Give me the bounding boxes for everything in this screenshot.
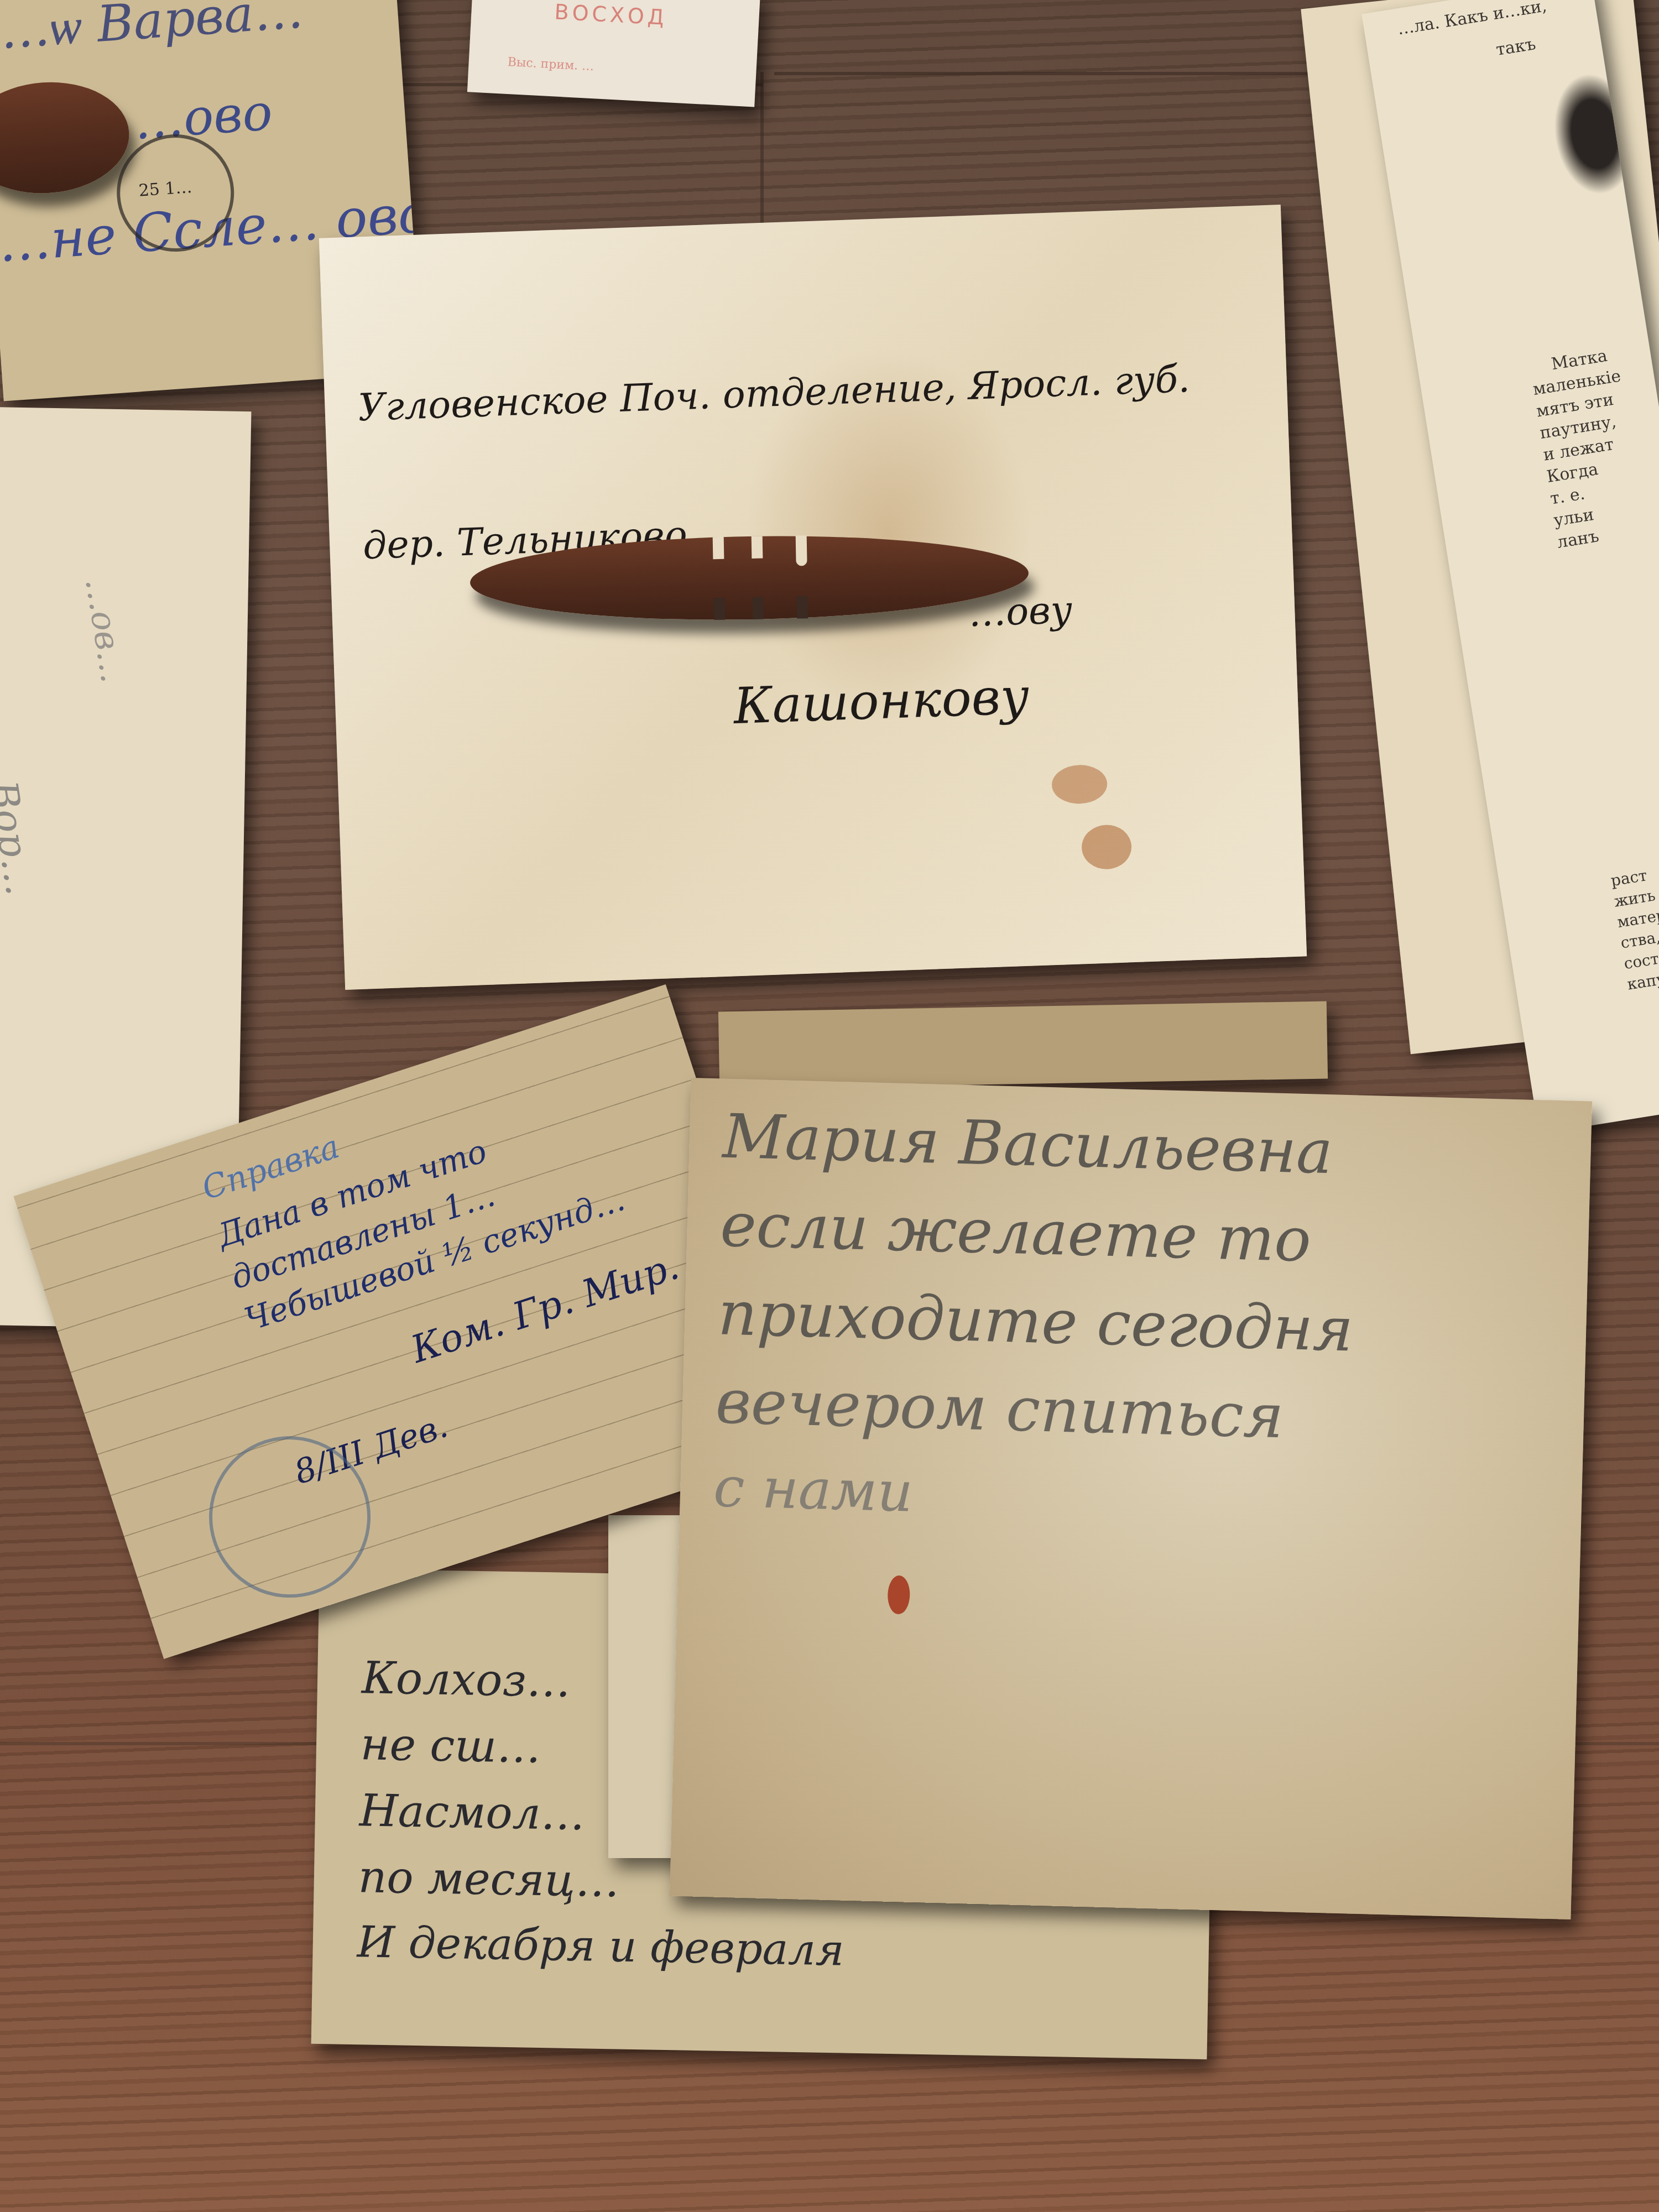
note-line: с нами	[713, 1454, 914, 1524]
label-footer: Выс. прим. …	[507, 55, 594, 74]
top-center-label: ВОСХОД Выс. прим. …	[467, 0, 760, 107]
note-line: не сш…	[360, 1718, 541, 1773]
vertical-slip	[608, 1515, 680, 1858]
page-main-column: Матка маленькіе мятъ эти паутину, и лежа…	[1528, 343, 1647, 554]
key-notch	[753, 597, 764, 619]
faded-handwriting: …ов…	[77, 575, 132, 686]
note-line: Мария Васильевна	[722, 1100, 1333, 1187]
red-ink-spot	[887, 1575, 910, 1615]
torn-paper-strip	[718, 1001, 1328, 1089]
note-line: вечером спиться	[715, 1366, 1285, 1452]
key-notch	[796, 535, 807, 566]
key-notch	[714, 598, 726, 620]
faded-handwriting: …Вор…	[0, 739, 43, 899]
page-text-line: такъ	[1495, 34, 1537, 60]
pencil-note: Мария Васильевна если желаете то приходи…	[670, 1078, 1592, 1919]
handwriting-line: …ѡ Варва…	[0, 0, 305, 60]
key-notch	[752, 536, 763, 559]
key-notch	[713, 537, 724, 559]
key-notch	[797, 596, 808, 618]
note-line: Насмол…	[359, 1785, 585, 1840]
note-line: Колхоз…	[361, 1652, 571, 1707]
note-line: приходите сегодня	[717, 1277, 1354, 1365]
rusted-oval-object	[0, 77, 133, 199]
note-line: И декабря и февраля	[357, 1917, 844, 1975]
page-text-line: …ла. Какъ и…ки,	[1396, 0, 1548, 39]
rust-spot	[1051, 764, 1108, 805]
note-line: по месяц…	[358, 1851, 620, 1907]
address-line: Кашонкову	[733, 667, 1030, 735]
rust-spot	[1081, 824, 1133, 870]
note-line: если желаете то	[719, 1189, 1312, 1275]
postmark-date: 25 1…	[138, 178, 193, 201]
label-title: ВОСХОД	[554, 0, 668, 30]
page-bottom-column: раст жить матер ства, состав капуст	[1609, 862, 1659, 995]
wood-seam	[774, 72, 1383, 75]
